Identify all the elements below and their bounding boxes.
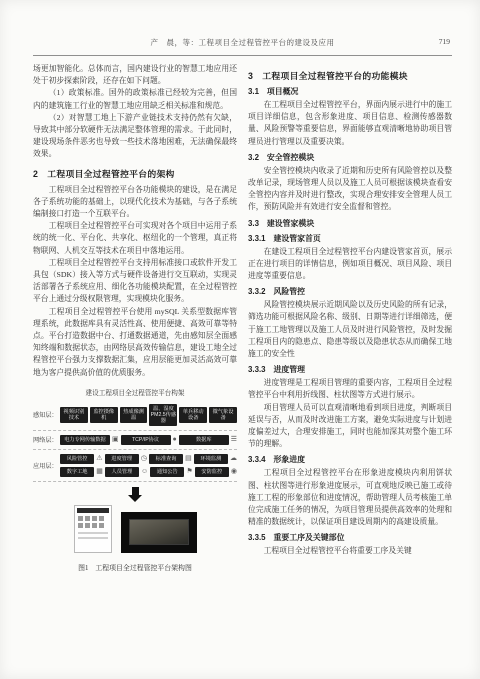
paragraph: 工程项目全过程管控平台支持用标准接口或软件开发工具包（SDK）接入等方式与硬件设… xyxy=(33,257,237,306)
paragraph: 工程项目全过程管控平台使用 mySQL 关系型数据库管理系统，此数据库具有灵活性… xyxy=(33,306,237,379)
network-node-icon: ● xyxy=(173,436,177,443)
document-icon: ▤ xyxy=(185,455,192,462)
paragraph: 工程项目全过程管控平台可实现对各个项目中运用子系统的统一化、平台化、共享化、枢纽… xyxy=(33,220,237,257)
page-number: 719 xyxy=(439,37,450,46)
section-3-3-heading: 3.3 建设管家模块 xyxy=(248,218,452,229)
section-3-3-4-heading: 3.3.4 形象进度 xyxy=(248,454,452,465)
header-rule xyxy=(33,55,452,56)
paragraph: 在建设工程项目全过程管控平台内建设管家首页，展示正在进行项目的详情信息，例如项目… xyxy=(248,246,452,283)
section-3-3-3-heading: 3.3.3 进度管理 xyxy=(248,364,452,375)
running-header: 产 晨，等：工程项目全过程管控平台的建设及应用 719 xyxy=(33,37,452,49)
paragraph: 工程项目全过程管控平台在形象进度模块内利用饼状图、柱状图等进行形象进度展示，可直… xyxy=(248,467,452,528)
application-box: 安防监控 xyxy=(195,467,229,477)
paragraph: 进度管理是工程项目管理的重要内容，工程项目全过程管控平台中利用折线图、柱状图等方… xyxy=(248,377,452,401)
left-column: 场更加智能化。总体而言，国内建设行业的智慧工地应用还处于初步探索阶段，还存在如下… xyxy=(33,63,237,572)
monitor-icon: ▦ xyxy=(96,468,103,475)
perception-box: 监控摄像机 xyxy=(90,407,118,423)
application-box: 风险管控 xyxy=(60,454,94,464)
flag-icon: ⚑ xyxy=(186,468,192,475)
perception-box: 温、湿度PM2.5传感器 xyxy=(149,404,177,426)
network-box: 数据库 xyxy=(179,435,229,445)
paragraph: 场更加智能化。总体而言，国内建设行业的智慧工地应用还处于初步探索阶段，还存在如下… xyxy=(33,63,237,87)
application-boxes: 风险管控 ⚠ 进度管理 ◷ 标准查询 ▤ 环境监测 ☁ 数字工地 ▦ xyxy=(60,454,237,477)
cloud-icon: ☁ xyxy=(230,455,237,462)
camera-icon: ◉ xyxy=(231,468,237,475)
section-3-1-heading: 3.1 项目概况 xyxy=(248,86,452,97)
clock-icon: ◷ xyxy=(141,455,147,462)
paragraph: 安全管控模块内收录了近期和历史所有风险管控以及整改单记录，现场管理人员以及施工人… xyxy=(248,165,452,214)
figure-caption: 图1 工程项目全过程管控平台架构图 xyxy=(33,562,237,572)
figure-inner-title: 建设工程项目全过程管控平台构架 xyxy=(33,387,237,397)
paragraph: 风险管控模块展示近期风险以及历史风险的所有记录，筛选功能可根据风险名称、级别、日… xyxy=(248,299,452,360)
application-box: 进度管理 xyxy=(105,454,139,464)
down-arrow xyxy=(33,487,237,502)
running-title: 产 晨，等：工程项目全过程管控平台的建设及应用 xyxy=(33,37,452,48)
server-icon: ☰ xyxy=(231,436,237,443)
application-box: 通知公告 xyxy=(150,467,184,477)
network-boxes: 电力专网传输数据 ▣ TCP/IP协议 ● 数据库 ☰ xyxy=(60,435,237,445)
platform-screenshots xyxy=(33,505,237,553)
perception-layer-label: 感知层： xyxy=(33,410,60,419)
network-layer-row: 网络层： 电力专网传输数据 ▣ TCP/IP协议 ● 数据库 ☰ xyxy=(33,431,237,450)
antenna-icon: ▣ xyxy=(112,436,119,443)
paragraph: 项目管理人员可以直观清晰地看到项目进度，判断项目延误与否，从而及时改进施工方案，… xyxy=(248,402,452,451)
paragraph: 在工程项目全过程管控平台，界面内展示进行中的施工项目详细信息，包含形象进度、项目… xyxy=(248,99,452,148)
paragraph: （2）对智慧工地上下游产业链技术支持仍然有欠缺，导致其中部分软硬件无法满足整体管… xyxy=(33,112,237,161)
application-box: 人员管理 xyxy=(105,467,139,477)
dashboard-screenshot-thumbnail xyxy=(121,512,197,553)
section-3-heading: 3 工程项目全过程管控平台的功能模块 xyxy=(248,69,452,82)
network-box: 电力专网传输数据 xyxy=(60,435,110,445)
perception-box: 视频识别技术 xyxy=(60,407,88,423)
paragraph: （1）政策标准。国外的政策标准已经较为完善，但国内的建筑施工行业的智慧工地应用缺… xyxy=(33,87,237,111)
application-box: 标准查询 xyxy=(149,454,183,464)
person-icon: ☺ xyxy=(141,468,148,475)
perception-box: 微气象设备 xyxy=(209,407,237,423)
paragraph: 工程项目全过程管控平台将重要工序及关键 xyxy=(248,545,452,557)
section-3-2-heading: 3.2 安全管控模块 xyxy=(248,152,452,163)
body-columns: 场更加智能化。总体而言，国内建设行业的智慧工地应用还处于初步探索阶段，还存在如下… xyxy=(33,63,452,572)
paper-page: 产 晨，等：工程项目全过程管控平台的建设及应用 719 场更加智能化。总体而言，… xyxy=(0,0,480,679)
perception-box: 单兵移动设备 xyxy=(179,407,207,423)
paragraph: 工程项目全过程管控平台各功能模块的建设，是在满足各子系统功能的基础上，以现代化技… xyxy=(33,184,237,221)
application-layer-row: 应用层： 风险管控 ⚠ 进度管理 ◷ 标准查询 ▤ 环境监测 ☁ xyxy=(33,450,237,482)
network-layer-label: 网络层： xyxy=(33,435,60,444)
section-3-3-1-heading: 3.3.1 建设管家首页 xyxy=(248,233,452,244)
application-row-2: 数字工地 ▦ 人员管理 ☺ 通知公告 ⚑ 安防监控 ◉ xyxy=(60,467,237,477)
right-column: 3 工程项目全过程管控平台的功能模块 3.1 项目概况 在工程项目全过程管控平台… xyxy=(248,63,452,572)
application-row-1: 风险管控 ⚠ 进度管理 ◷ 标准查询 ▤ 环境监测 ☁ xyxy=(60,454,237,464)
perception-layer-row: 感知层： 视频识别技术 监控摄像机 热成像测温 温、湿度PM2.5传感器 单兵移… xyxy=(33,400,237,431)
figure-1: 建设工程项目全过程管控平台构架 感知层： 视频识别技术 监控摄像机 热成像测温 … xyxy=(33,387,237,572)
network-box: TCP/IP协议 xyxy=(121,435,171,445)
application-box: 数字工地 xyxy=(60,467,94,477)
section-2-heading: 2 工程项目全过程管控平台的架构 xyxy=(33,167,237,180)
perception-box: 热成像测温 xyxy=(120,407,148,423)
section-3-3-2-heading: 3.3.2 风险管控 xyxy=(248,286,452,297)
section-3-3-5-heading: 3.3.5 重要工序及关键部位 xyxy=(248,532,452,543)
perception-boxes: 视频识别技术 监控摄像机 热成像测温 温、湿度PM2.5传感器 单兵移动设备 微… xyxy=(60,404,237,426)
warning-icon: ⚠ xyxy=(96,455,102,462)
site-photo xyxy=(129,519,189,545)
application-layer-label: 应用层： xyxy=(33,461,60,470)
app-screenshot-thumbnail xyxy=(74,505,112,553)
application-box: 环境监测 xyxy=(194,454,228,464)
